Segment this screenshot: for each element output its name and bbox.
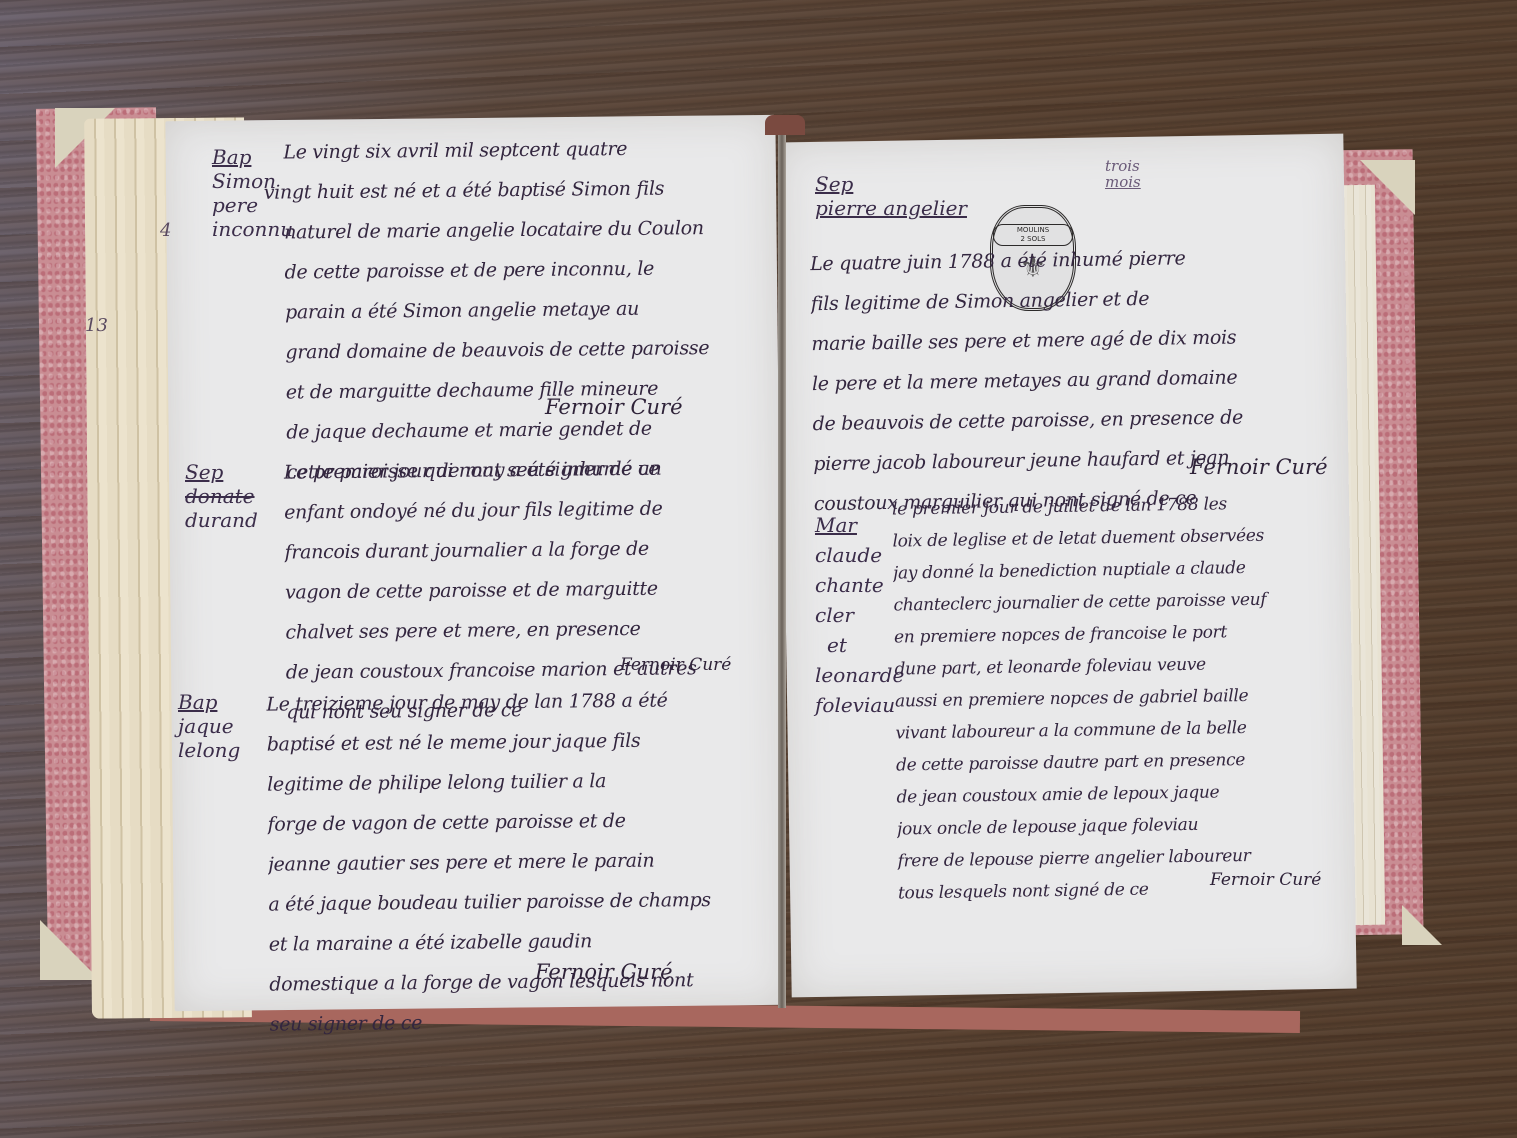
text-line: Le premier jour de may a été inhumé un bbox=[284, 447, 774, 492]
text-line: Le vingt six avril mil septcent quatre bbox=[283, 127, 763, 172]
margin-note-right-entry-2: Mar claude chante cler et leonarde folev… bbox=[815, 510, 904, 720]
priest-signature: Fernoir Curé bbox=[1190, 455, 1328, 479]
margin-name: et bbox=[815, 630, 904, 660]
entry-text-1: Le vingt six avril mil septcent quatre v… bbox=[283, 127, 767, 492]
entry-type-label: Bap bbox=[178, 690, 240, 714]
margin-name: lelong bbox=[178, 738, 240, 762]
text-line: vagon de cette paroisse et de marguitte bbox=[285, 567, 775, 612]
text-line: francois durant journalier a la forge de bbox=[284, 527, 774, 572]
margin-name: pierre angelier bbox=[815, 196, 967, 220]
margin-name: durand bbox=[185, 508, 258, 532]
text-line: domestique a la forge de vagon lesquels … bbox=[269, 959, 774, 1004]
folio-mark: 13 bbox=[85, 315, 108, 336]
spine-top bbox=[765, 115, 805, 135]
text-line: Le treizieme jour de may de lan 1788 a é… bbox=[266, 679, 771, 724]
entry-type-label: Bap bbox=[212, 145, 293, 169]
margin-name: leonarde bbox=[815, 660, 904, 690]
entry-type-label: Sep bbox=[815, 172, 967, 196]
folio-mark: 4 bbox=[160, 220, 171, 241]
priest-signature: Fernoir Curé bbox=[545, 395, 683, 419]
text-line: legitime de philipe lelong tuilier a la bbox=[267, 759, 772, 804]
entry-type-label: Mar bbox=[815, 510, 904, 540]
margin-name: foleviau bbox=[815, 690, 904, 720]
text-line: jeanne gautier ses pere et mere le parai… bbox=[268, 839, 773, 884]
entry-type-label: Sep bbox=[185, 460, 258, 484]
text-line: enfant ondoyé né du jour fils legitime d… bbox=[284, 487, 774, 532]
text-line: vingt huit est né et a été baptisé Simon… bbox=[264, 167, 764, 212]
text-line: naturel de marie angelie locataire du Co… bbox=[284, 207, 764, 252]
margin-name: claude bbox=[815, 540, 904, 570]
text-line: grand domaine de beauvois de cette paroi… bbox=[285, 327, 765, 372]
text-line: de cette paroisse et de pere inconnu, le bbox=[284, 247, 764, 292]
priest-signature: Fernoir Curé bbox=[535, 960, 673, 984]
margin-note-entry-3: Bap jaque lelong bbox=[178, 690, 240, 762]
top-note-line: mois bbox=[1105, 174, 1141, 190]
text-line: chalvet ses pere et mere, en presence bbox=[285, 607, 775, 652]
margin-note-entry-2: Sep donate durand bbox=[185, 460, 258, 532]
text-line: seu signer de ce bbox=[269, 999, 774, 1044]
margin-name: inconnu bbox=[212, 217, 293, 241]
margin-name: jaque bbox=[178, 714, 240, 738]
text-line: et la maraine a été izabelle gaudin bbox=[269, 919, 774, 964]
priest-signature: Fernoir Curé bbox=[1210, 870, 1321, 890]
top-note-line: trois bbox=[1105, 158, 1141, 174]
margin-name: cler bbox=[815, 600, 904, 630]
stamp-text-top: MOULINS bbox=[995, 226, 1071, 235]
priest-signature: Fernoir Curé bbox=[620, 655, 731, 675]
text-line: parain a été Simon angelie metaye au bbox=[285, 287, 765, 332]
margin-name: chante bbox=[815, 570, 904, 600]
text-line: a été jaque boudeau tuilier paroisse de … bbox=[268, 879, 773, 924]
entry-text-3: Le treizieme jour de may de lan 1788 a é… bbox=[266, 679, 775, 1044]
text-line: et de marguitte dechaume fille mineure bbox=[286, 367, 766, 412]
margin-name: donate bbox=[185, 484, 258, 508]
book-gutter bbox=[778, 118, 786, 1008]
text-line: forge de vagon de cette paroisse et de bbox=[267, 799, 772, 844]
entry-text-right-1: Le quatre juin 1788 a été inhumé pierre … bbox=[810, 236, 1344, 524]
text-line: de jaque dechaume et marie gendet de bbox=[286, 407, 766, 452]
margin-note-right-entry-1: Sep pierre angelier bbox=[815, 172, 967, 220]
entry-text-right-2: le premier jour de juillet de lan 1788 l… bbox=[892, 486, 1348, 909]
top-note: trois mois bbox=[1105, 158, 1141, 190]
text-line: baptisé et est né le meme jour jaque fil… bbox=[267, 719, 772, 764]
